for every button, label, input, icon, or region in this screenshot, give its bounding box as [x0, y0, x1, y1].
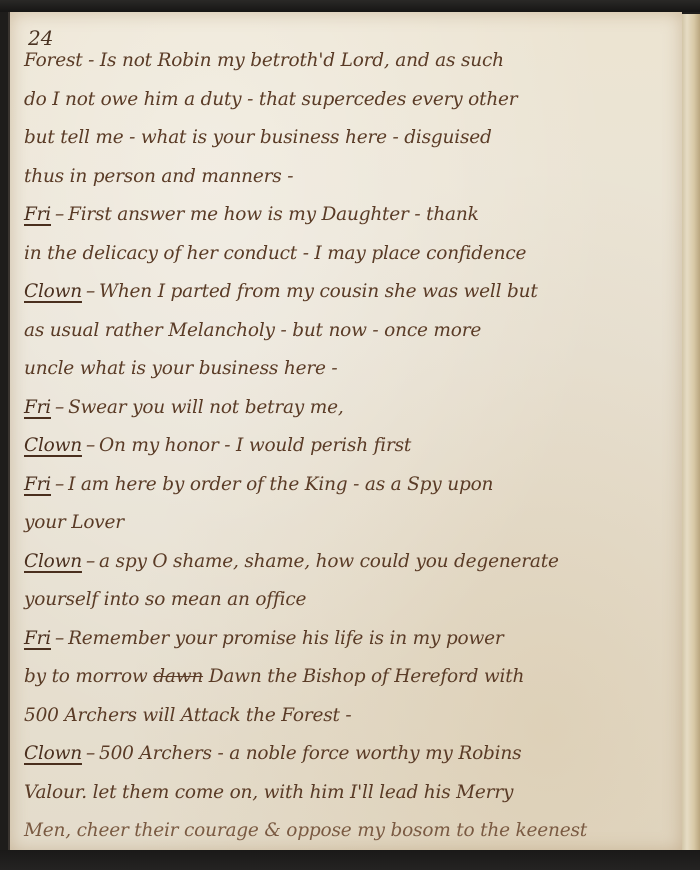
speaker-name: Clown [24, 435, 82, 456]
text-line-with-strikethrough: by to morrow dawn Dawn the Bishop of Her… [24, 658, 674, 697]
line-text: in the delicacy of her conduct - I may p… [24, 243, 526, 264]
dialogue-line: Clown–a spy O shame, shame, how could yo… [24, 543, 674, 582]
line-text: your Lover [24, 512, 124, 533]
text-line: Men, cheer their courage & oppose my bos… [24, 812, 674, 851]
scan-frame-bottom [0, 850, 700, 870]
scan-frame-top [0, 0, 700, 12]
struck-out-word: dawn [153, 666, 203, 687]
manuscript-text: Forest - Is not Robin my betroth'd Lord,… [24, 42, 674, 851]
dialogue-line: Fri–Remember your promise his life is in… [24, 620, 674, 659]
line-text: uncle what is your business here - [24, 358, 337, 379]
text-line: do I not owe him a duty - that supercede… [24, 81, 674, 120]
text-line: uncle what is your business here - [24, 350, 674, 389]
speaker-name: Fri [24, 628, 51, 649]
speaker-name: Clown [24, 551, 82, 572]
dialogue-line: Fri–First answer me how is my Daughter -… [24, 196, 674, 235]
dash: – [86, 743, 95, 764]
line-text: Swear you will not betray me, [68, 397, 343, 418]
text-line: but tell me - what is your business here… [24, 119, 674, 158]
line-text: On my honor - I would perish first [99, 435, 411, 456]
line-text: Dawn the Bishop of Hereford with [203, 666, 524, 687]
speaker-name: Fri [24, 474, 51, 495]
line-text: a spy O shame, shame, how could you dege… [99, 551, 559, 572]
speaker-name: Fri [24, 204, 51, 225]
line-text: First answer me how is my Daughter - tha… [68, 204, 479, 225]
text-line: your Lover [24, 504, 674, 543]
text-line: in the delicacy of her conduct - I may p… [24, 235, 674, 274]
line-text: but tell me - what is your business here… [24, 127, 492, 148]
line-text: Forest - Is not Robin my betroth'd Lord,… [24, 50, 504, 71]
dialogue-line: Clown–On my honor - I would perish first [24, 427, 674, 466]
dash: – [55, 628, 64, 649]
line-text: Remember your promise his life is in my … [68, 628, 503, 649]
dialogue-line: Clown–500 Archers - a noble force worthy… [24, 735, 674, 774]
dialogue-line: Fri–Swear you will not betray me, [24, 389, 674, 428]
text-line: thus in person and manners - [24, 158, 674, 197]
dialogue-line: Clown–When I parted from my cousin she w… [24, 273, 674, 312]
text-line: Valour. let them come on, with him I'll … [24, 774, 674, 813]
line-text: 500 Archers will Attack the Forest - [24, 705, 351, 726]
text-line: 500 Archers will Attack the Forest - [24, 697, 674, 736]
dash: – [55, 204, 64, 225]
speaker-name: Clown [24, 743, 82, 764]
text-line: as usual rather Melancholy - but now - o… [24, 312, 674, 351]
line-text: by to morrow [24, 666, 153, 687]
dash: – [86, 281, 95, 302]
dash: – [55, 474, 64, 495]
speaker-name: Clown [24, 281, 82, 302]
manuscript-page: 24 Forest - Is not Robin my betroth'd Lo… [8, 12, 682, 852]
text-line: Forest - Is not Robin my betroth'd Lord,… [24, 42, 674, 81]
line-text: Men, cheer their courage & oppose my bos… [24, 820, 587, 841]
line-text: Valour. let them come on, with him I'll … [24, 782, 513, 803]
line-text: as usual rather Melancholy - but now - o… [24, 320, 481, 341]
dash: – [86, 551, 95, 572]
speaker-name: Fri [24, 397, 51, 418]
line-text: When I parted from my cousin she was wel… [99, 281, 538, 302]
line-text: yourself into so mean an office [24, 589, 306, 610]
dash: – [55, 397, 64, 418]
line-text: 500 Archers - a noble force worthy my Ro… [99, 743, 521, 764]
page-edge [680, 14, 700, 850]
text-line: yourself into so mean an office [24, 581, 674, 620]
line-text: do I not owe him a duty - that supercede… [24, 89, 517, 110]
dash: – [86, 435, 95, 456]
line-text: I am here by order of the King - as a Sp… [68, 474, 493, 495]
dialogue-line: Fri–I am here by order of the King - as … [24, 466, 674, 505]
line-text: thus in person and manners - [24, 166, 293, 187]
